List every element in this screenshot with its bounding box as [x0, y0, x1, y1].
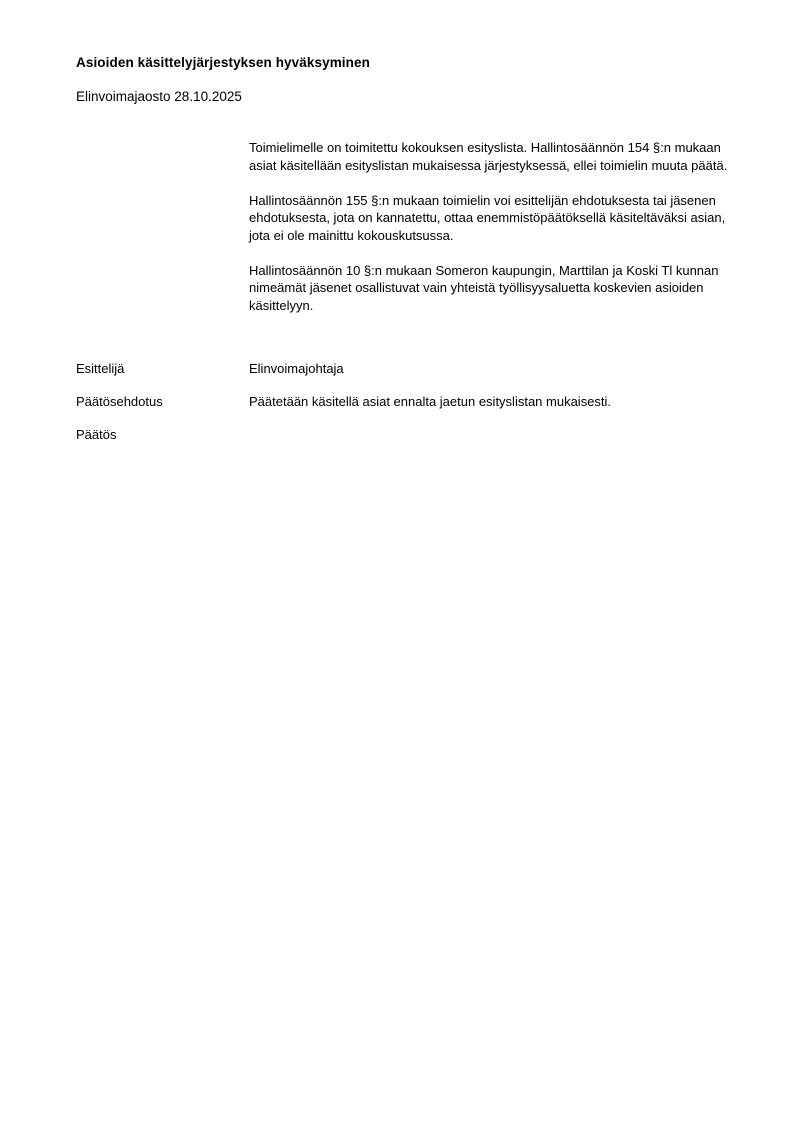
field-label: Päätösehdotus	[76, 394, 163, 409]
field-label: Päätös	[76, 427, 116, 442]
meeting-info: Elinvoimajaosto 28.10.2025	[76, 89, 242, 104]
description-text: Toimielimelle on toimitettu kokouksen es…	[249, 139, 739, 332]
paragraph-new-matters: Hallintosäännön 155 §:n mukaan toimielin…	[249, 192, 739, 245]
paragraph-members: Hallintosäännön 10 §:n mukaan Someron ka…	[249, 262, 739, 315]
field-value: Päätetään käsitellä asiat ennalta jaetun…	[249, 394, 611, 409]
field-value: Elinvoimajohtaja	[249, 361, 344, 376]
document-title: Asioiden käsittelyjärjestyksen hyväksymi…	[76, 55, 370, 70]
paragraph-agenda: Toimielimelle on toimitettu kokouksen es…	[249, 139, 739, 174]
field-label: Esittelijä	[76, 361, 124, 376]
